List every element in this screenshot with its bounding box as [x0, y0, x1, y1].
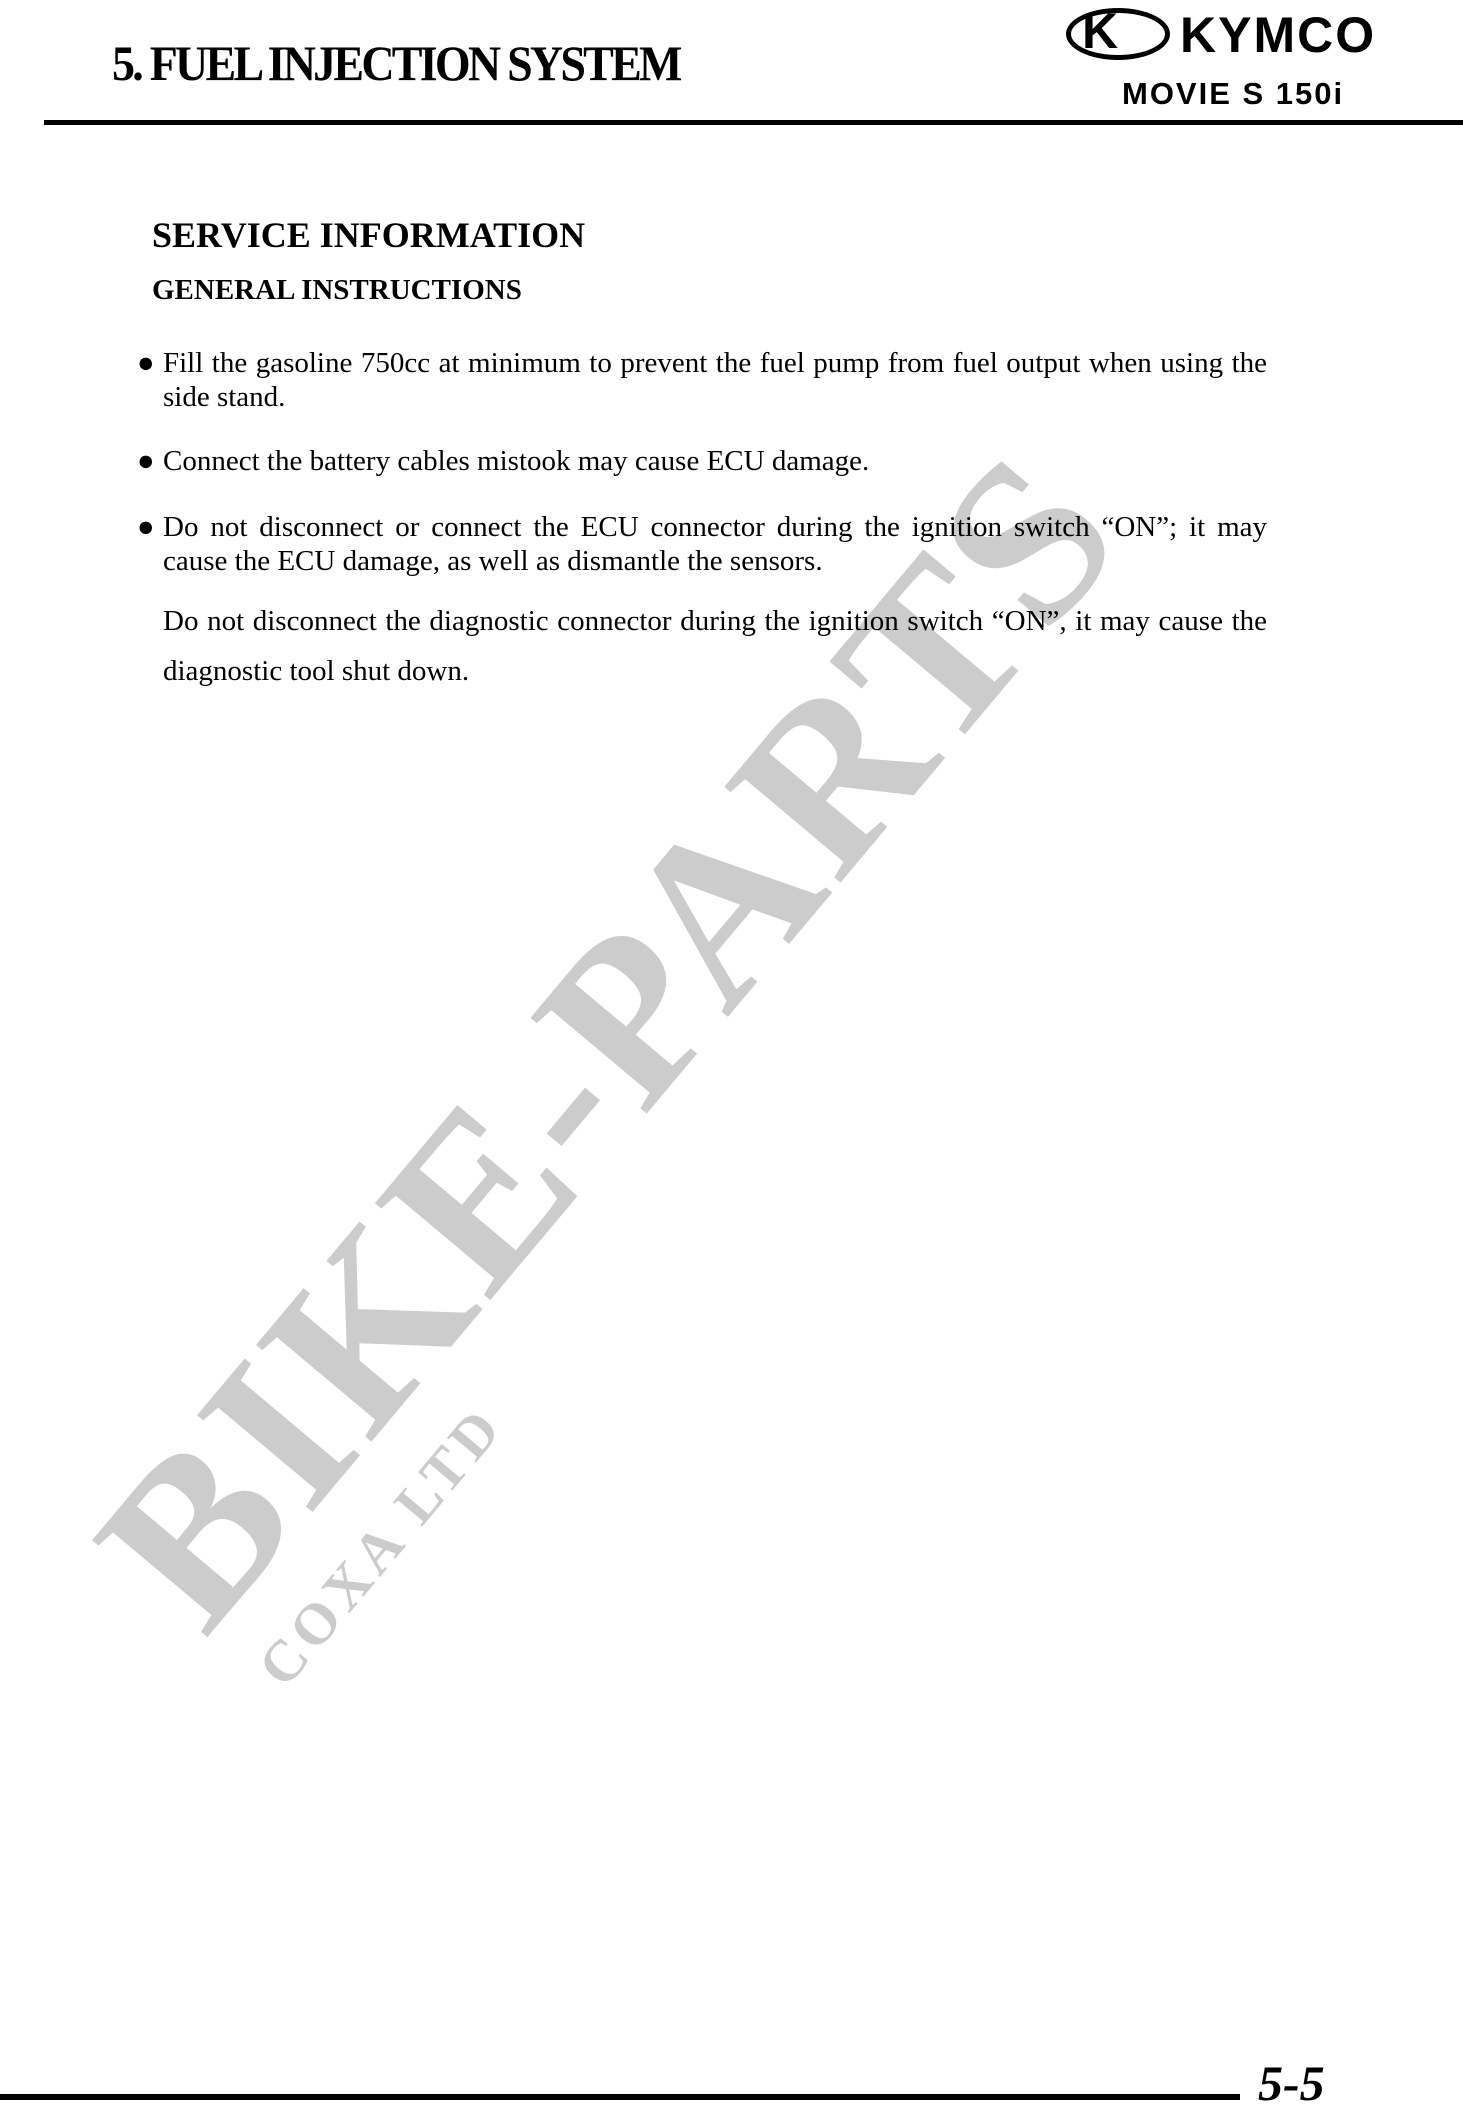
instruction-item: ● Do not disconnect or connect the ECU c… — [137, 510, 1267, 578]
instruction-note: Do not disconnect the diagnostic connect… — [163, 596, 1267, 696]
bullet-icon: ● — [137, 510, 163, 544]
kymco-wordmark: KYMCO — [1180, 6, 1376, 64]
bullet-icon: ● — [137, 444, 163, 478]
section-title: SERVICE INFORMATION — [152, 214, 585, 256]
instruction-text: Do not disconnect or connect the ECU con… — [163, 510, 1267, 578]
page-number: 5-5 — [1258, 2054, 1325, 2112]
instruction-item: ● Connect the battery cables mistook may… — [137, 444, 1267, 478]
instruction-item: ● Fill the gasoline 750cc at minimum to … — [137, 346, 1267, 414]
watermark-sub-text: COXA LTD — [245, 1393, 516, 1698]
instruction-text: Connect the battery cables mistook may c… — [163, 444, 1267, 478]
watermark-main-text: BIKE-PARTS — [48, 405, 1169, 1673]
header-rule — [44, 120, 1463, 125]
footer-rule — [0, 2094, 1240, 2100]
model-name: MOVIE S 150i — [1122, 76, 1344, 112]
watermark: BIKE-PARTS COXA LTD — [0, 0, 1463, 2116]
bullet-icon: ● — [137, 346, 163, 380]
subsection-title: GENERAL INSTRUCTIONS — [152, 274, 522, 307]
kymco-k-glyph: K — [1082, 2, 1118, 60]
kymco-logo: K KYMCO — [1066, 6, 1416, 62]
chapter-title: 5. FUEL INJECTION SYSTEM — [112, 34, 680, 92]
instruction-text: Fill the gasoline 750cc at minimum to pr… — [163, 346, 1267, 414]
